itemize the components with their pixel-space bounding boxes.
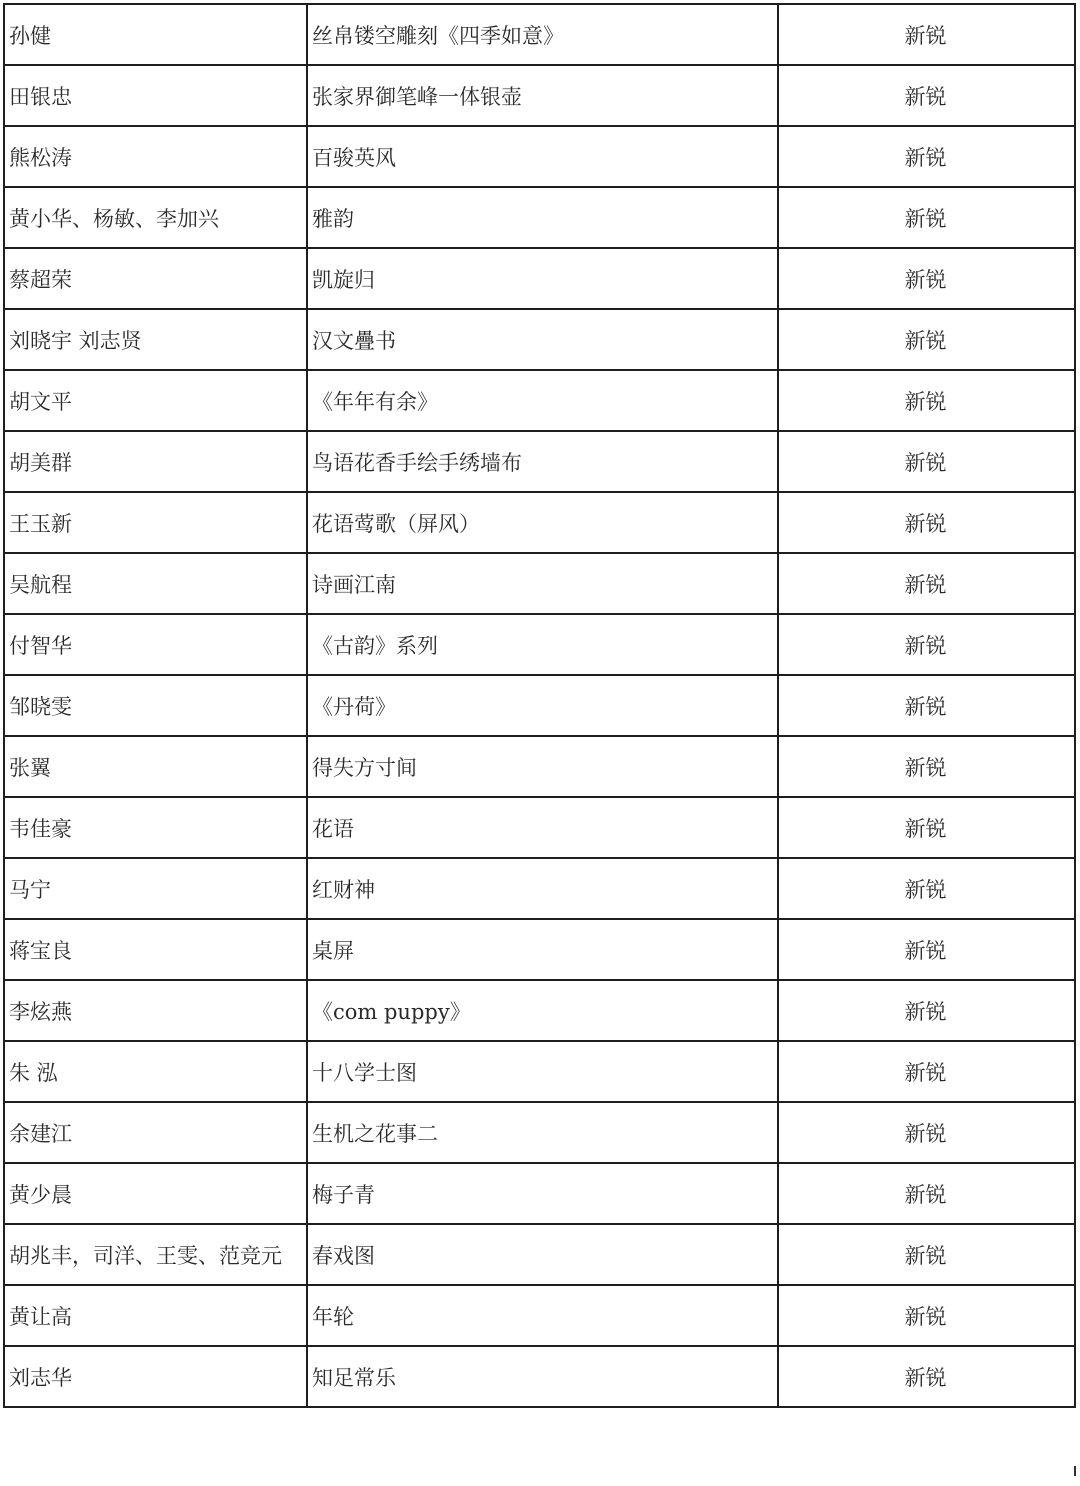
work-cell: 丝帛镂空雕刻《四季如意》 <box>307 4 778 65</box>
category-cell: 新锐 <box>778 919 1075 980</box>
author-cell: 胡兆丰，司洋、王雯、范竞元 <box>4 1224 307 1285</box>
work-cell: 年轮 <box>307 1285 778 1346</box>
author-cell: 胡文平 <box>4 370 307 431</box>
table-row: 胡美群鸟语花香手绘手绣墙布新锐 <box>4 431 1075 492</box>
table-row: 胡兆丰，司洋、王雯、范竞元春戏图新锐 <box>4 1224 1075 1285</box>
work-cell: 百骏英风 <box>307 126 778 187</box>
category-cell: 新锐 <box>778 1041 1075 1102</box>
author-cell: 张翼 <box>4 736 307 797</box>
author-cell: 孙健 <box>4 4 307 65</box>
category-cell: 新锐 <box>778 980 1075 1041</box>
author-cell: 余建江 <box>4 1102 307 1163</box>
work-cell: 《年年有余》 <box>307 370 778 431</box>
table-row: 田银忠张家界御笔峰一体银壶新锐 <box>4 65 1075 126</box>
author-cell: 付智华 <box>4 614 307 675</box>
work-cell: 得失方寸间 <box>307 736 778 797</box>
table-row: 付智华《古韵》系列新锐 <box>4 614 1075 675</box>
author-cell: 黄小华、杨敏、李加兴 <box>4 187 307 248</box>
category-cell: 新锐 <box>778 858 1075 919</box>
table-row: 黄让高年轮新锐 <box>4 1285 1075 1346</box>
category-cell: 新锐 <box>778 1163 1075 1224</box>
work-cell: 张家界御笔峰一体银壶 <box>307 65 778 126</box>
author-cell: 王玉新 <box>4 492 307 553</box>
category-cell: 新锐 <box>778 248 1075 309</box>
table-row: 胡文平《年年有余》新锐 <box>4 370 1075 431</box>
category-cell: 新锐 <box>778 1102 1075 1163</box>
work-cell: 十八学士图 <box>307 1041 778 1102</box>
table-row: 黄少晨梅子青新锐 <box>4 1163 1075 1224</box>
work-cell: 花语 <box>307 797 778 858</box>
table-row: 吴航程诗画江南新锐 <box>4 553 1075 614</box>
work-cell: 知足常乐 <box>307 1346 778 1407</box>
table-row: 邹晓雯《丹荷》新锐 <box>4 675 1075 736</box>
category-cell: 新锐 <box>778 309 1075 370</box>
category-cell: 新锐 <box>778 614 1075 675</box>
work-cell: 梅子青 <box>307 1163 778 1224</box>
table-row: 黄小华、杨敏、李加兴雅韵新锐 <box>4 187 1075 248</box>
work-cell: 《丹荷》 <box>307 675 778 736</box>
table-row: 熊松涛百骏英风新锐 <box>4 126 1075 187</box>
category-cell: 新锐 <box>778 1224 1075 1285</box>
category-cell: 新锐 <box>778 1285 1075 1346</box>
author-cell: 刘志华 <box>4 1346 307 1407</box>
table-row: 刘志华知足常乐新锐 <box>4 1346 1075 1407</box>
author-cell: 刘晓宇 刘志贤 <box>4 309 307 370</box>
table-row: 韦佳豪花语新锐 <box>4 797 1075 858</box>
table-row: 李炫燕《com puppy》新锐 <box>4 980 1075 1041</box>
work-cell: 红财神 <box>307 858 778 919</box>
author-cell: 李炫燕 <box>4 980 307 1041</box>
author-cell: 吴航程 <box>4 553 307 614</box>
work-cell: 生机之花事二 <box>307 1102 778 1163</box>
author-cell: 朱 泓 <box>4 1041 307 1102</box>
author-cell: 蒋宝良 <box>4 919 307 980</box>
table-row: 朱 泓十八学士图新锐 <box>4 1041 1075 1102</box>
category-cell: 新锐 <box>778 797 1075 858</box>
category-cell: 新锐 <box>778 431 1075 492</box>
author-cell: 田银忠 <box>4 65 307 126</box>
work-cell: 诗画江南 <box>307 553 778 614</box>
author-cell: 黄让高 <box>4 1285 307 1346</box>
author-cell: 熊松涛 <box>4 126 307 187</box>
author-cell: 胡美群 <box>4 431 307 492</box>
category-cell: 新锐 <box>778 370 1075 431</box>
awards-table: 孙健丝帛镂空雕刻《四季如意》新锐田银忠张家界御笔峰一体银壶新锐熊松涛百骏英风新锐… <box>3 3 1076 1408</box>
work-cell: 《古韵》系列 <box>307 614 778 675</box>
table-row: 孙健丝帛镂空雕刻《四季如意》新锐 <box>4 4 1075 65</box>
author-cell: 黄少晨 <box>4 1163 307 1224</box>
author-cell: 蔡超荣 <box>4 248 307 309</box>
work-cell: 雅韵 <box>307 187 778 248</box>
table-row: 王玉新花语莺歌（屏风）新锐 <box>4 492 1075 553</box>
work-cell: 《com puppy》 <box>307 980 778 1041</box>
table-row: 余建江生机之花事二新锐 <box>4 1102 1075 1163</box>
work-cell: 汉文疊书 <box>307 309 778 370</box>
category-cell: 新锐 <box>778 1346 1075 1407</box>
work-cell: 春戏图 <box>307 1224 778 1285</box>
category-cell: 新锐 <box>778 675 1075 736</box>
author-cell: 韦佳豪 <box>4 797 307 858</box>
work-cell: 凯旋归 <box>307 248 778 309</box>
awards-table-body: 孙健丝帛镂空雕刻《四季如意》新锐田银忠张家界御笔峰一体银壶新锐熊松涛百骏英风新锐… <box>4 4 1075 1407</box>
work-cell: 桌屏 <box>307 919 778 980</box>
category-cell: 新锐 <box>778 553 1075 614</box>
category-cell: 新锐 <box>778 492 1075 553</box>
category-cell: 新锐 <box>778 736 1075 797</box>
category-cell: 新锐 <box>778 126 1075 187</box>
category-cell: 新锐 <box>778 187 1075 248</box>
table-row: 蒋宝良桌屏新锐 <box>4 919 1075 980</box>
author-cell: 邹晓雯 <box>4 675 307 736</box>
category-cell: 新锐 <box>778 4 1075 65</box>
author-cell: 马宁 <box>4 858 307 919</box>
edge-mark <box>1074 1466 1076 1476</box>
work-cell: 花语莺歌（屏风） <box>307 492 778 553</box>
table-row: 马宁红财神新锐 <box>4 858 1075 919</box>
table-row: 蔡超荣凯旋归新锐 <box>4 248 1075 309</box>
table-row: 张翼得失方寸间新锐 <box>4 736 1075 797</box>
table-row: 刘晓宇 刘志贤汉文疊书新锐 <box>4 309 1075 370</box>
work-cell: 鸟语花香手绘手绣墙布 <box>307 431 778 492</box>
category-cell: 新锐 <box>778 65 1075 126</box>
